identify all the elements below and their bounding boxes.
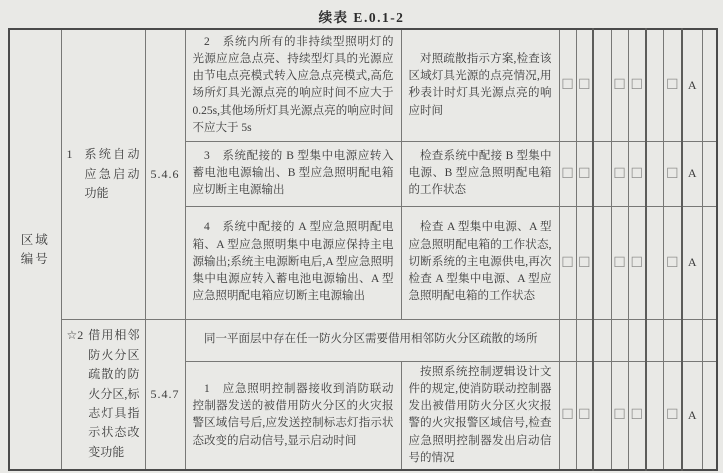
requirement-cell: 3 系统配接的 B 型集中电源应转入蓄电池电源输出、B 型应急照明配电箱应切断主… [185,141,401,206]
category-cell: A [682,141,702,206]
result-cell [628,319,646,361]
checkbox-icon: ☐ [559,29,576,141]
checkbox-icon: ☐ [559,141,576,206]
result-cell [593,361,611,470]
method-cell: 检查 A 型集中电源、A 型应急照明配电箱的工作状态,切断系统的主电源供电,再次… [401,206,559,319]
checkbox-icon: ☐ [663,141,682,206]
clause-code-cell: 5.4.6 [145,29,185,319]
result-cell [702,319,717,361]
checkbox-icon: ☐ [628,141,646,206]
checkbox-icon: ☐ [576,206,593,319]
result-cell [593,319,611,361]
category-cell: A [682,361,702,470]
result-cell [593,206,611,319]
table-row: ☆2 借用相邻防火分区疏散的防火分区,标志灯具指示状态改变功能 5.4.7 同一… [9,319,717,361]
table-row: 区域编号 1 系统自动应急启动功能 5.4.6 2 系统内所有的非持续型照明灯的… [9,29,717,141]
result-cell [576,319,593,361]
requirement-cell: 4 系统中配接的 A 型应急照明配电箱、A 型应急照明集中电源应保持主电源输出;… [185,206,401,319]
region-number-label: 区域编号 [20,231,50,269]
item-2-cell: ☆2 借用相邻防火分区疏散的防火分区,标志灯具指示状态改变功能 [61,319,145,470]
result-cell [646,141,663,206]
result-cell [646,29,663,141]
method-cell: 对照疏散指示方案,检查该区域灯具光源的点亮情况,用秒表计时灯具光源点亮的响应时间 [401,29,559,141]
item-1-number: 1 [67,145,80,164]
result-cell [663,319,682,361]
checkbox-icon: ☐ [628,29,646,141]
item-2-number: ☆2 [67,326,84,345]
result-cell [702,141,717,206]
checkbox-icon: ☐ [611,206,628,319]
item-1-cell: 1 系统自动应急启动功能 [61,29,145,319]
result-cell [702,361,717,470]
category-cell: A [682,29,702,141]
condition-cell: 同一平面层中存在任一防火分区需要借用相邻防火分区疏散的场所 [185,319,559,361]
checkbox-icon: ☐ [611,29,628,141]
clause-code-cell: 5.4.7 [145,319,185,470]
result-cell [593,141,611,206]
checkbox-icon: ☐ [576,361,593,470]
checkbox-icon: ☐ [628,361,646,470]
result-cell [593,29,611,141]
item-1-name: 系统自动应急启动功能 [85,145,140,203]
checkbox-icon: ☐ [663,29,682,141]
table-title: 续表 E.0.1-2 [0,6,723,26]
checkbox-icon: ☐ [611,141,628,206]
checkbox-icon: ☐ [628,206,646,319]
result-cell [682,319,702,361]
checkbox-icon: ☐ [576,141,593,206]
checkbox-icon: ☐ [663,361,682,470]
result-cell [646,319,663,361]
result-cell [611,319,628,361]
method-cell: 按照系统控制逻辑设计文件的规定,使消防联动控制器发出被借用防火分区火灾报警的火灾… [401,361,559,470]
checkbox-icon: ☐ [663,206,682,319]
method-cell: 检查系统中配接 B 型集中电源、B 型应急照明配电箱的工作状态 [401,141,559,206]
checkbox-icon: ☐ [559,361,576,470]
region-number-header-cell: 区域编号 [9,29,61,470]
result-cell [559,319,576,361]
result-cell [702,29,717,141]
result-cell [646,206,663,319]
result-cell [702,206,717,319]
requirement-cell: 2 系统内所有的非持续型照明灯的光源应应急点亮、持续型灯具的光源应由节电点亮模式… [185,29,401,141]
checkbox-icon: ☐ [559,206,576,319]
inspection-table: 区域编号 1 系统自动应急启动功能 5.4.6 2 系统内所有的非持续型照明灯的… [8,28,718,471]
item-2-name: 借用相邻防火分区疏散的防火分区,标志灯具指示状态改变功能 [88,326,139,462]
requirement-cell: 1 应急照明控制器接收到消防联动控制器发送的被借用防火分区的火灾报警区域信号后,… [185,361,401,470]
checkbox-icon: ☐ [576,29,593,141]
category-cell: A [682,206,702,319]
result-cell [646,361,663,470]
checkbox-icon: ☐ [611,361,628,470]
